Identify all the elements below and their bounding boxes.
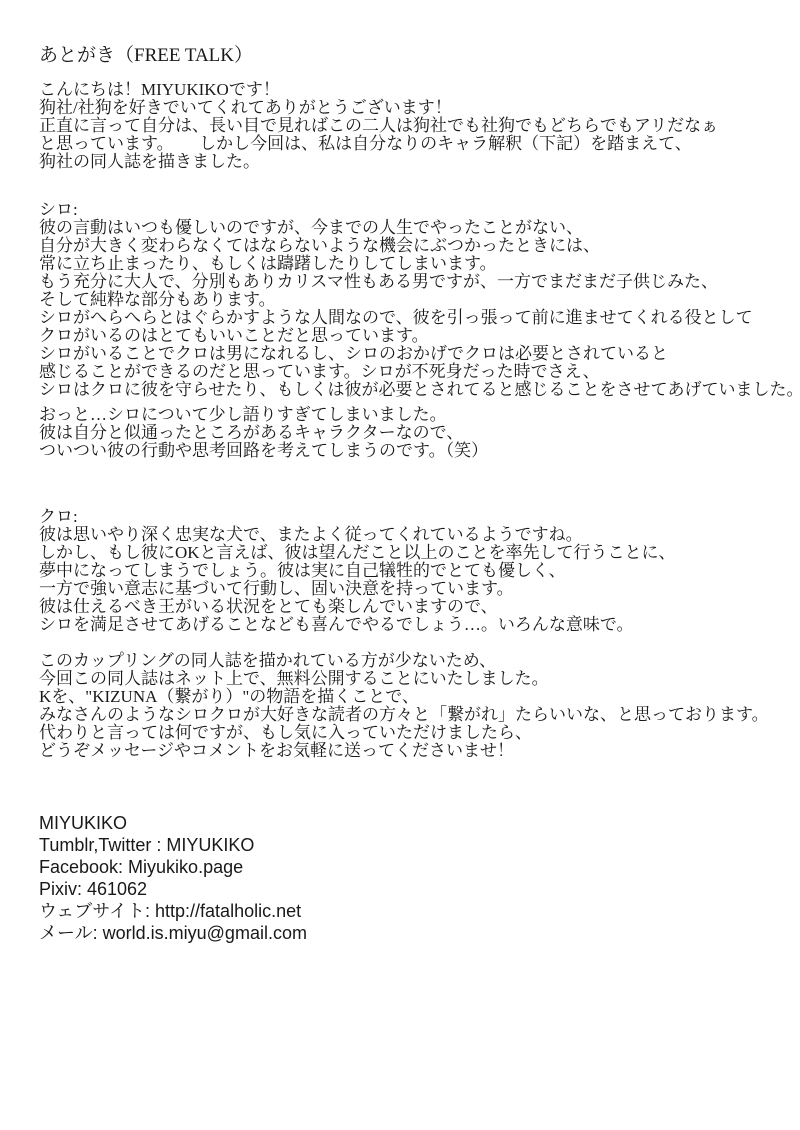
- text-line: こんにちは！MIYUKIKOです！: [39, 81, 800, 99]
- afterword-page: あとがき（FREE TALK） こんにちは！MIYUKIKOです！ 狗社/社狗を…: [0, 0, 800, 1130]
- shiro-paragraph: シロ: 彼の言動はいつも優しいのですが、今までの人生でやったことがない、 自分が…: [39, 201, 800, 399]
- character-label-shiro: シロ:: [39, 201, 800, 219]
- facebook-handle: Facebook: Miyukiko.page: [39, 856, 800, 878]
- text-line: 代わりと言っては何ですが、もし気に入っていただけましたら、: [39, 724, 800, 742]
- text-line: 彼の言動はいつも優しいのですが、今までの人生でやったことがない、: [39, 219, 800, 237]
- text-line: みなさんのようなシロクロが大好きな読者の方々と「繋がれ」たらいいな、と思っており…: [39, 706, 800, 724]
- intro-paragraph: こんにちは！MIYUKIKOです！ 狗社/社狗を好きでいてくれてありがとうござい…: [39, 81, 800, 171]
- text-line: シロはクロに彼を守らせたり、もしくは彼が必要とされてると感じることをさせてあげて…: [39, 381, 800, 399]
- text-line: シロを満足させてあげることなども喜んでやるでしょう…。いろんな意味で。: [39, 616, 800, 634]
- text-line: 正直に言って自分は、長い目で見ればこの二人は狗社でも社狗でもどちらでもアリだなぁ: [39, 117, 800, 135]
- text-line: 彼は思いやり深く忠実な犬で、またよく従ってくれているようですね。: [39, 526, 800, 544]
- text-line: しかし、もし彼にOKと言えば、彼は望んだこと以上のことを率先して行うことに、: [39, 544, 800, 562]
- text-line: もう充分に大人で、分別もありカリスマ性もある男ですが、一方でまだまだ子供じみた、: [39, 273, 800, 291]
- text-line: 狗社の同人誌を描きました。: [39, 153, 800, 171]
- text-line: と思っています。 しかし今回は、私は自分なりのキャラ解釈（下記）を踏まえて、: [39, 135, 800, 153]
- text-line: シロがへらへらとはぐらかすような人間なので、彼を引っ張って前に進ませてくれる役と…: [39, 309, 800, 327]
- text-line: 一方で強い意志に基づいて行動し、固い決意を持っています。: [39, 580, 800, 598]
- text-line: 今回この同人誌はネット上で、無料公開することにいたしました。: [39, 670, 800, 688]
- page-title: あとがき（FREE TALK）: [39, 46, 800, 66]
- kuro-paragraph: クロ: 彼は思いやり深く忠実な犬で、またよく従ってくれているようですね。 しかし…: [39, 508, 800, 634]
- text-line: クロがいるのはとてもいいことだと思っています。: [39, 327, 800, 345]
- page-content: あとがき（FREE TALK） こんにちは！MIYUKIKOです！ 狗社/社狗を…: [0, 0, 800, 944]
- character-label-kuro: クロ:: [39, 508, 800, 526]
- announcement-paragraph: このカップリングの同人誌を描かれている方が少ないため、 今回この同人誌はネット上…: [39, 652, 800, 760]
- text-line: 感じることができるのだと思っています。シロが不死身だった時でさえ、: [39, 363, 800, 381]
- pixiv-id: Pixiv: 461062: [39, 878, 800, 900]
- text-line: 彼は自分と似通ったところがあるキャラクターなので、: [39, 424, 800, 442]
- shiro-aside-paragraph: おっと…シロについて少し語りすぎてしまいました。 彼は自分と似通ったところがある…: [39, 406, 800, 460]
- text-line: そして純粋な部分もあります。: [39, 291, 800, 309]
- text-line: 自分が大きく変わらなくてはならないような機会にぶつかったときには、: [39, 237, 800, 255]
- text-line: 彼は仕えるべき王がいる状況をとても楽しんでいますので、: [39, 598, 800, 616]
- text-line: おっと…シロについて少し語りすぎてしまいました。: [39, 406, 800, 424]
- text-line: 狗社/社狗を好きでいてくれてありがとうございます！: [39, 99, 800, 117]
- text-line: 夢中になってしまうでしょう。彼は実に自己犠牲的でとても優しく、: [39, 562, 800, 580]
- author-name: MIYUKIKO: [39, 812, 800, 834]
- email-address: メール: world.is.miyu@gmail.com: [39, 922, 800, 944]
- text-line: シロがいることでクロは男になれるし、シロのおかげでクロは必要とされていると: [39, 345, 800, 363]
- text-line: どうぞメッセージやコメントをお気軽に送ってくださいませ！: [39, 742, 800, 760]
- text-line: ついつい彼の行動や思考回路を考えてしまうのです。（笑）: [39, 442, 800, 460]
- contact-block: MIYUKIKO Tumblr,Twitter : MIYUKIKO Faceb…: [39, 812, 800, 944]
- website-url: ウェブサイト: http://fatalholic.net: [39, 900, 800, 922]
- text-line: Kを、"KIZUNA（繋がり）"の物語を描くことで、: [39, 688, 800, 706]
- tumblr-twitter-handle: Tumblr,Twitter : MIYUKIKO: [39, 834, 800, 856]
- text-line: 常に立ち止まったり、もしくは躊躇したりしてしまいます。: [39, 255, 800, 273]
- text-line: このカップリングの同人誌を描かれている方が少ないため、: [39, 652, 800, 670]
